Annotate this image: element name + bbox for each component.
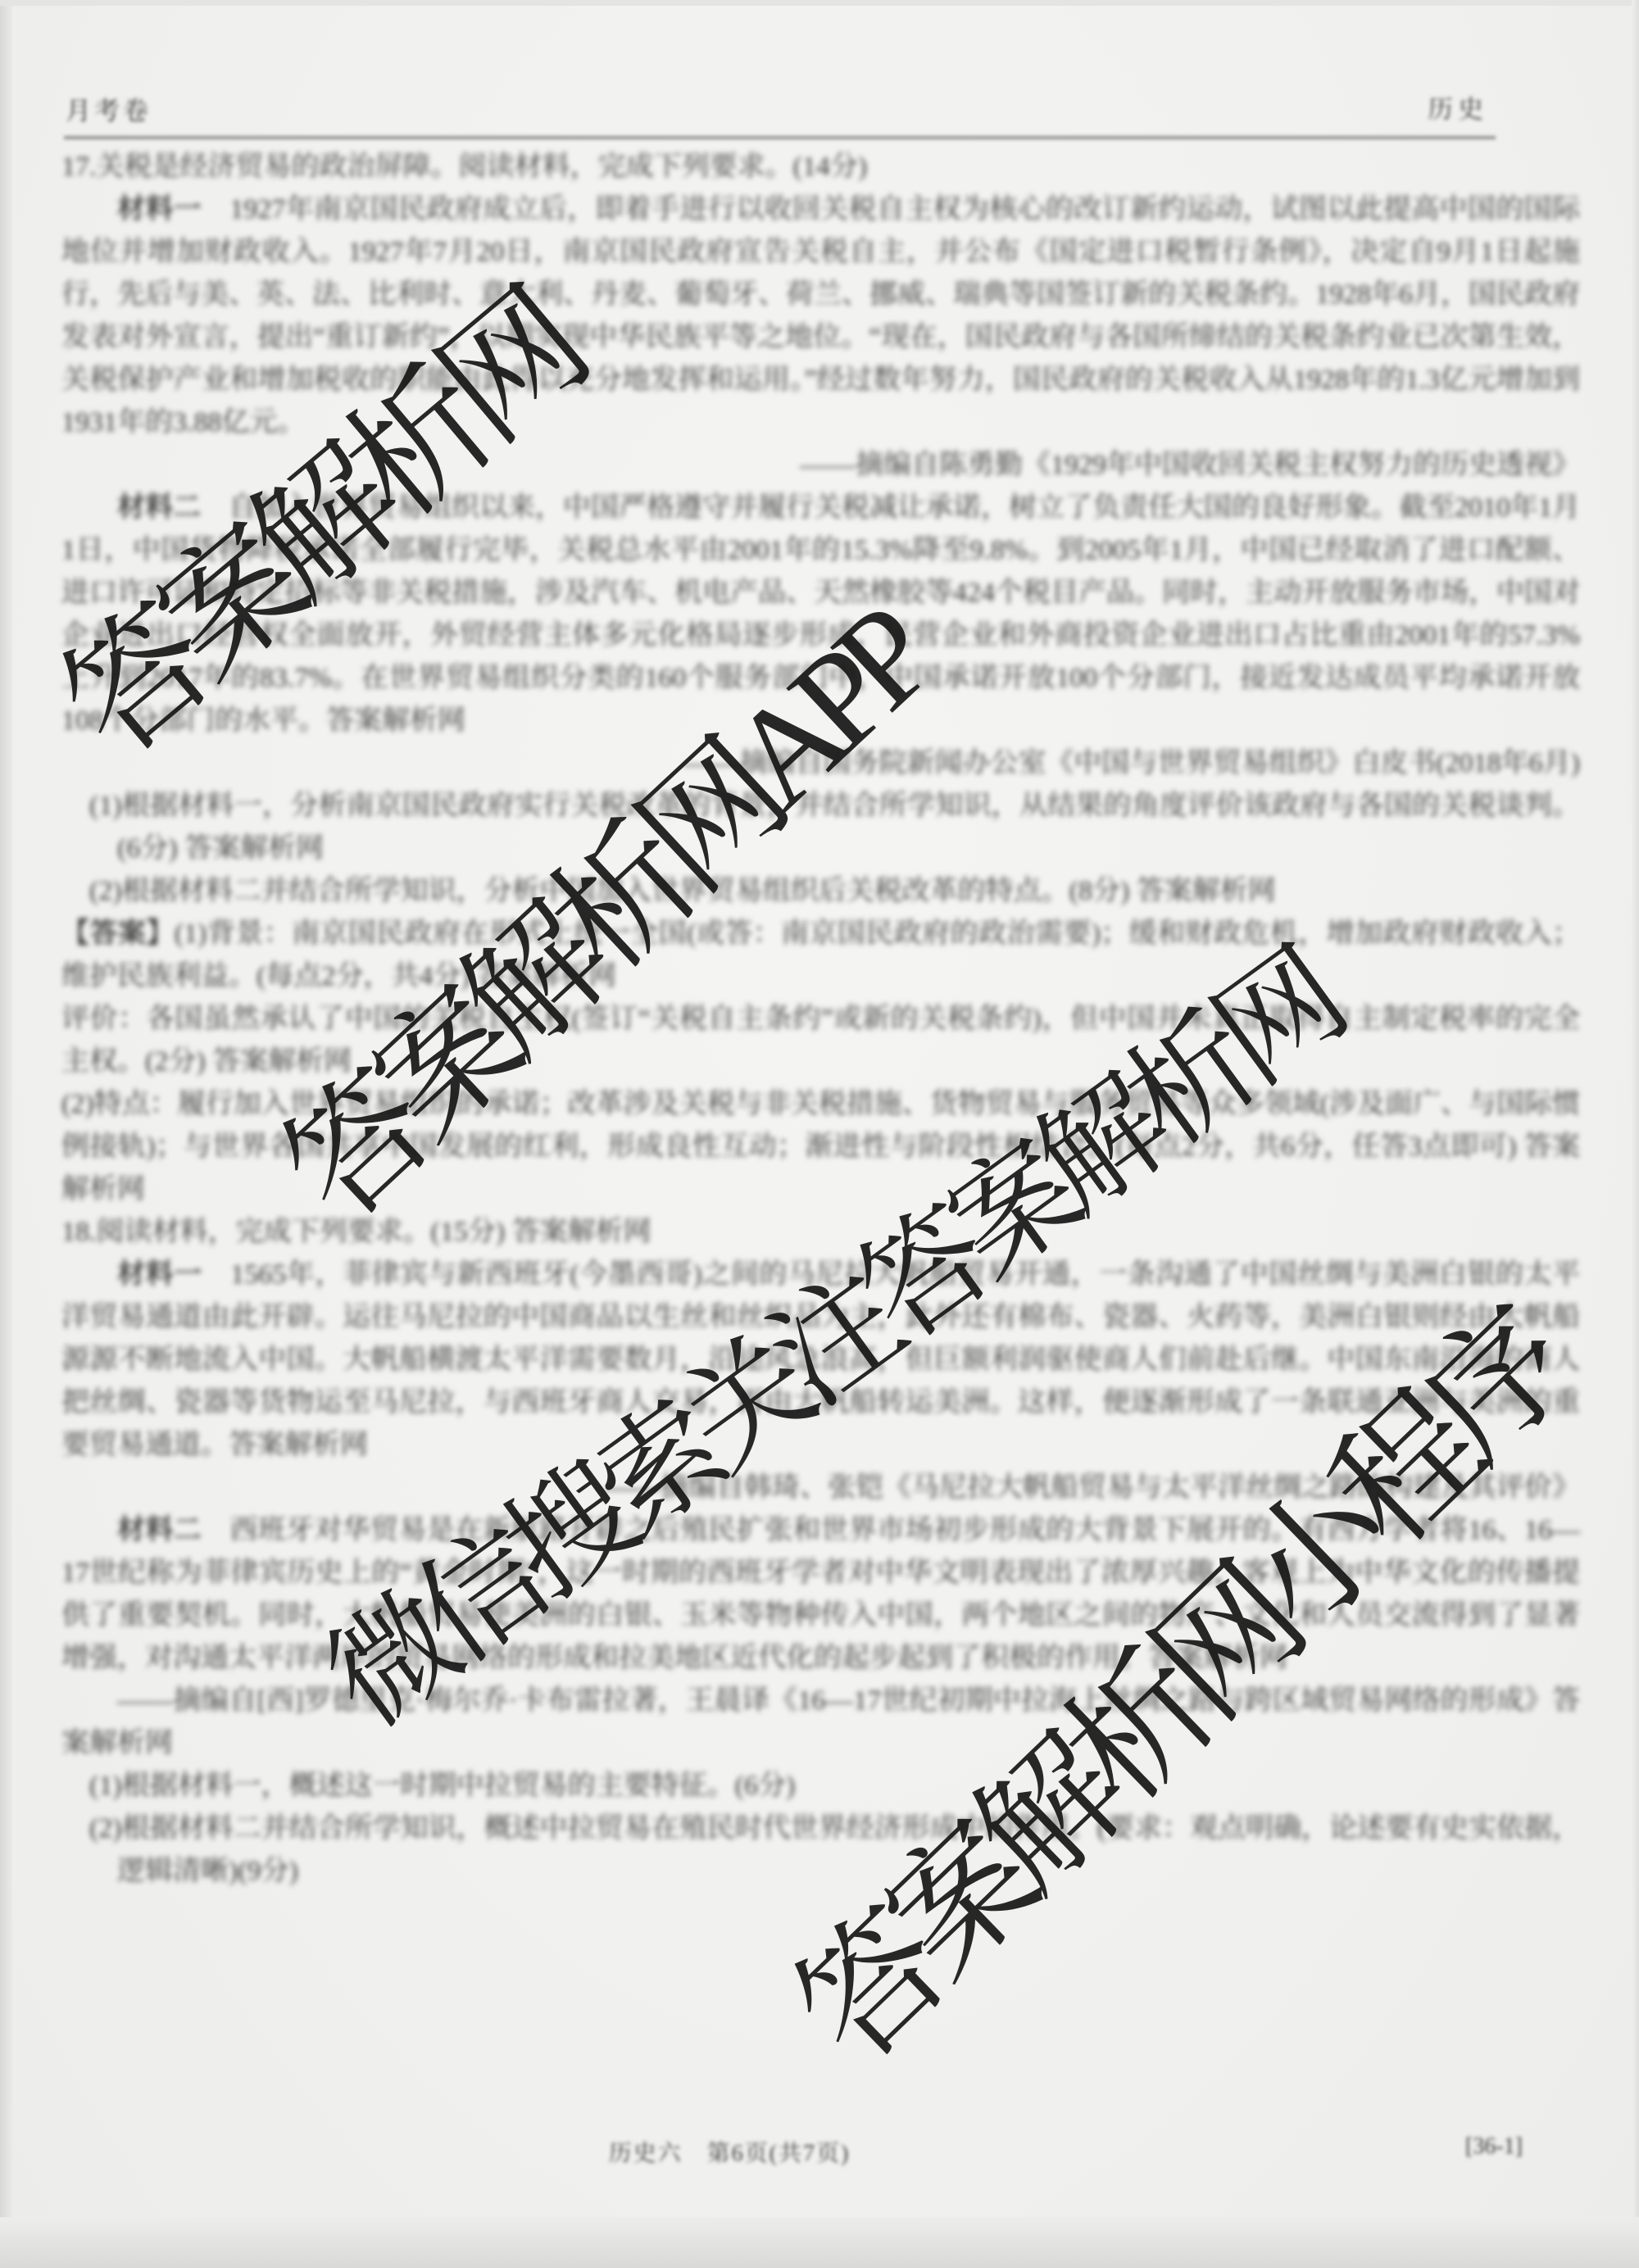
page-edge-bottom bbox=[0, 2217, 1639, 2268]
page-edge-left bbox=[0, 0, 12, 2268]
header-left-label: 月考卷 bbox=[66, 90, 152, 127]
paragraph-q17-answer-evaluation: 评价：各国虽然承认了中国的关税自主权(签订“关税自主条约”或新的关税条约)，但中… bbox=[61, 998, 1580, 1083]
paragraph-q17-material-1-citation: ——摘编自陈勇勤《1929年中国收回关税主权努力的历史透视》 bbox=[61, 444, 1580, 487]
paragraph-q18-question-2: (2)根据材料二并结合所学知识，概述中拉贸易在殖民时代世界经济形成中的作用。(要… bbox=[61, 1808, 1580, 1893]
paragraph-q17-answer-1: 【答案】(1)背景：南京国民政府在形式上统一全国(或答：南京国民政府的政治需要)… bbox=[61, 913, 1580, 998]
paragraph-q17-question-2: (2)根据材料二并结合所学知识，分析中国加入世界贸易组织后关税改革的特点。(8分… bbox=[61, 870, 1580, 913]
paragraph-q17-material-2: 材料二 自加入世界贸易组织以来，中国严格遵守并履行关税减让承诺，树立了负责任大国… bbox=[61, 487, 1580, 742]
paragraph-prefix: 材料二 bbox=[117, 1515, 229, 1545]
page-edge-top bbox=[0, 0, 1639, 6]
paragraph-q18-question-1: (1)根据材料一，概述这一时期中拉贸易的主要特征。(6分) bbox=[61, 1765, 1580, 1808]
paragraph-q18-material-1-citation: ——摘编自韩琦、张铠《马尼拉大帆船贸易与太平洋丝绸之路的构建及其评价》 bbox=[61, 1467, 1580, 1509]
footer-code: [36-1] bbox=[1465, 2134, 1523, 2160]
paragraph-q18-material-2: 材料二 西班牙对华贸易是在新航路开辟之后殖民扩张和世界市场初步形成的大背景下展开… bbox=[61, 1509, 1580, 1680]
scanned-page: 月考卷 历史 17.关税是经济贸易的政治屏障。阅读材料，完成下列要求。(14分)… bbox=[0, 0, 1639, 2268]
paragraph-q17-answer-2: (2)特点：履行加入世界贸易组织的承诺；改革涉及关税与非关税措施、货物贸易与服务… bbox=[61, 1083, 1580, 1211]
paragraph-q17-intro: 17.关税是经济贸易的政治屏障。阅读材料，完成下列要求。(14分) bbox=[61, 146, 1580, 188]
paragraph-q18-material-2-citation: ——摘编自[西]罗德里克·梅尔乔·卡布雷拉著，王晨译《16—17世纪初期中拉海上… bbox=[61, 1680, 1580, 1765]
page-edge-right bbox=[1632, 0, 1639, 2268]
paragraph-prefix: 材料一 bbox=[117, 194, 229, 225]
paragraph-prefix: 材料一 bbox=[117, 1259, 230, 1290]
paragraph-q18-intro: 18.阅读材料，完成下列要求。(15分) 答案解析网 bbox=[61, 1211, 1580, 1254]
paragraph-prefix: 材料二 bbox=[117, 492, 229, 523]
footer-page-number: 历史六 第6页(共7页) bbox=[508, 2135, 951, 2168]
header-right-label: 历史 bbox=[1428, 88, 1488, 125]
paragraph-q18-material-1: 材料一 1565年，菲律宾与新西班牙(今墨西哥)之间的马尼拉大帆船贸易开通，一条… bbox=[61, 1254, 1580, 1467]
paragraph-prefix: 【答案】 bbox=[61, 919, 175, 949]
header-rule bbox=[64, 136, 1496, 139]
paragraph-q17-material-1: 材料一 1927年南京国民政府成立后，即着手进行以收回关税自主权为核心的改订新约… bbox=[61, 188, 1580, 444]
paragraph-q17-question-1: (1)根据材料一，分析南京国民政府实行关税改革的背景，并结合所学知识，从结果的角… bbox=[61, 785, 1580, 870]
paragraph-q17-material-2-citation: ——摘编自国务院新闻办公室《中国与世界贸易组织》白皮书(2018年6月) bbox=[61, 742, 1580, 785]
document-body: 17.关税是经济贸易的政治屏障。阅读材料，完成下列要求。(14分)材料一 192… bbox=[61, 146, 1580, 1893]
